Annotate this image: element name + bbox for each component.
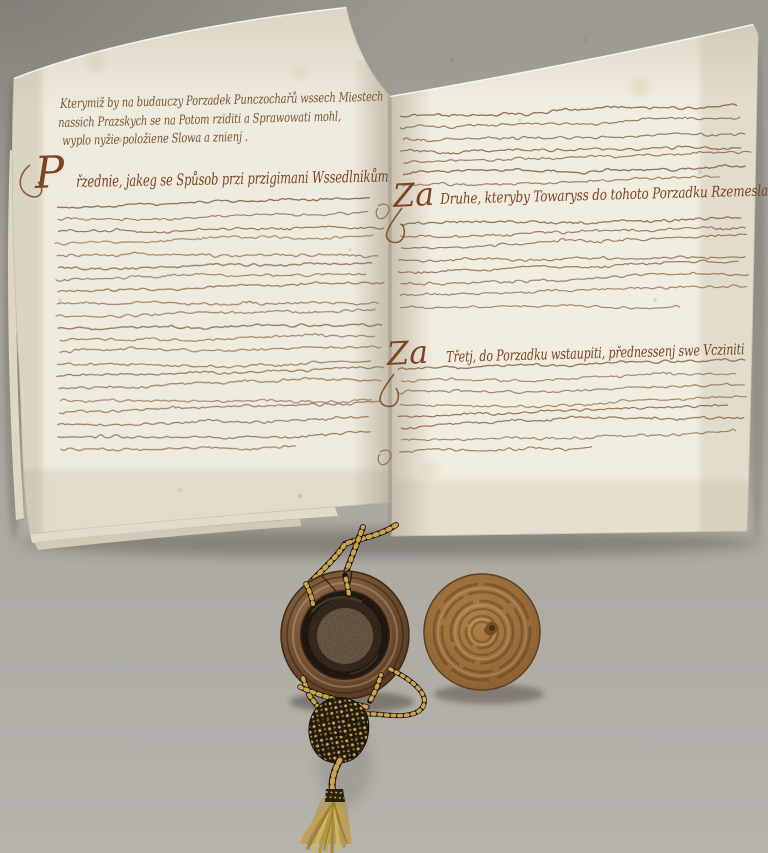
seal-lid <box>424 574 544 704</box>
decor-shape <box>298 494 303 499</box>
right-page <box>388 10 768 540</box>
decor-shape <box>584 38 588 42</box>
gutter-crease <box>389 96 391 534</box>
decor-shape <box>450 58 455 63</box>
decor-shape <box>653 298 657 302</box>
decor-shape <box>325 789 345 802</box>
decor-shape <box>348 248 351 251</box>
decor-shape <box>118 138 122 142</box>
decor-shape <box>294 66 306 78</box>
decor-shape <box>87 53 105 71</box>
photo-canvas <box>0 0 768 853</box>
decor-shape <box>58 298 62 302</box>
left-page <box>0 0 400 540</box>
tassel <box>302 789 352 852</box>
decor-shape <box>424 574 540 690</box>
decor-shape <box>178 488 181 491</box>
decor-shape <box>421 461 439 479</box>
decor-shape <box>352 60 392 520</box>
decor-shape <box>388 480 768 540</box>
decor-shape <box>518 118 521 121</box>
manuscript-photo: Kterymiž by na budauczy Porzadek Punczoc… <box>0 0 768 853</box>
decor-shape <box>630 78 650 98</box>
decor-shape <box>700 20 760 540</box>
decor-shape <box>309 698 369 763</box>
decor-shape <box>0 0 400 110</box>
decor-shape <box>698 170 702 174</box>
